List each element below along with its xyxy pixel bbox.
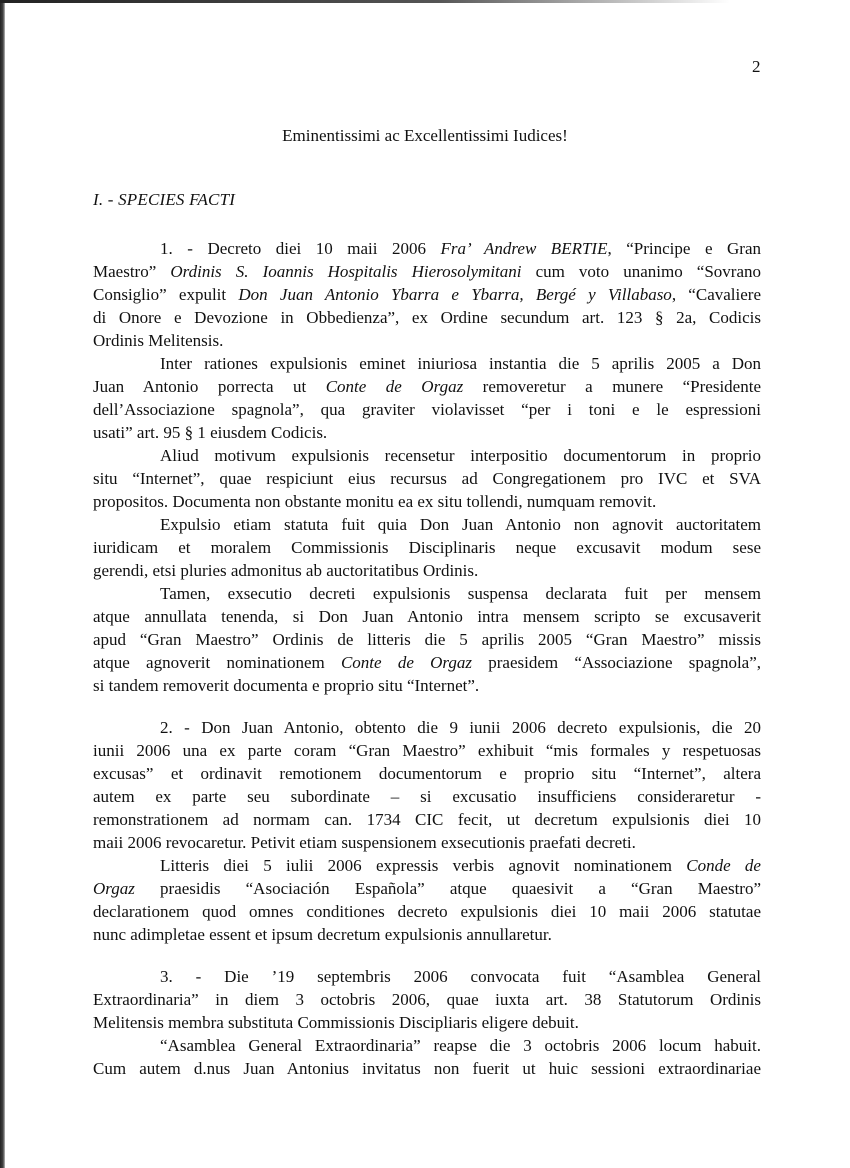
paragraph-9-line-1: “Asamblea General Extraordinaria” reapse… [160,1035,761,1057]
italic-phrase: Don Juan Antonio Ybarra e Ybarra, Bergé … [238,285,671,304]
salutation: Eminentissimi ac Excellentissimi Iudices… [0,126,850,146]
paragraph-1-line-4: di Onore e Devozione in Obbedienza”, ex … [93,307,761,329]
paragraph-6-line-6: maii 2006 revocaretur. Petivit etiam sus… [93,832,761,854]
paragraph-2-line-3: dell’Associazione spagnola”, qua gravite… [93,399,761,421]
paragraph-3-line-2: situ “Internet”, quae respiciunt eius re… [93,468,761,490]
paragraph-5-line-4: atque agnoverit nominationem Conte de Or… [93,652,761,674]
paragraph-1-line-3: Consiglio” expulit Don Juan Antonio Ybar… [93,284,761,306]
paragraph-6-line-5: remonstrationem ad normam can. 1734 CIC … [93,809,761,831]
italic-phrase: Fra’ Andrew BERTIE [441,239,608,258]
paragraph-6-line-1: 2. - Don Juan Antonio, obtento die 9 iun… [160,717,761,739]
paragraph-3-line-1: Aliud motivum expulsionis recensetur int… [160,445,761,467]
paragraph-4-line-1: Expulsio etiam statuta fuit quia Don Jua… [160,514,761,536]
section-heading: I. - SPECIES FACTI [93,190,235,210]
paragraph-7-line-1: Litteris diei 5 iulii 2006 expressis ver… [160,855,761,877]
italic-phrase: Ordinis S. Ioannis Hospitalis Hierosolym… [170,262,521,281]
paragraph-5-line-1: Tamen, exsecutio decreti expulsionis sus… [160,583,761,605]
paragraph-8-line-2: Extraordinaria” in diem 3 octobris 2006,… [93,989,761,1011]
paragraph-4-line-3: gerendi, etsi pluries admonitus ab aucto… [93,560,761,582]
paragraph-5-line-5: si tandem removerit documenta e proprio … [93,675,761,697]
paragraph-4-line-2: iuridicam et moralem Commissionis Discip… [93,537,761,559]
paragraph-3-line-3: propositos. Documenta non obstante monit… [93,491,761,513]
paragraph-5-line-2: atque annullata tenenda, si Don Juan Ant… [93,606,761,628]
paragraph-7-line-2: Orgaz praesidis “Asociación Española” at… [93,878,761,900]
italic-phrase: Conde de [686,856,761,875]
paragraph-2-line-4: usati” art. 95 § 1 eiusdem Codicis. [93,422,761,444]
paragraph-2-line-1: Inter rationes expulsionis eminet iniuri… [160,353,761,375]
page-number: 2 [752,57,761,77]
paragraph-8-line-1: 3. - Die ’19 septembris 2006 convocata f… [160,966,761,988]
paragraph-9-line-2: Cum autem d.nus Juan Antonius invitatus … [93,1058,761,1080]
italic-phrase: Conte de Orgaz [326,377,463,396]
paragraph-5-line-3: apud “Gran Maestro” Ordinis de litteris … [93,629,761,651]
italic-phrase: Orgaz [93,879,135,898]
paragraph-2-line-2: Juan Antonio porrecta ut Conte de Orgaz … [93,376,761,398]
paragraph-1-line-2: Maestro” Ordinis S. Ioannis Hospitalis H… [93,261,761,283]
italic-phrase: Conte de Orgaz [341,653,472,672]
paragraph-1-line-5: Ordinis Melitensis. [93,330,761,352]
scan-left-edge [0,0,5,1168]
paragraph-6-line-3: excusas” et ordinavit remotionem documen… [93,763,761,785]
paragraph-8-line-3: Melitensis membra substituta Commissioni… [93,1012,761,1034]
scan-top-edge [0,0,730,3]
paragraph-1-line-1: 1. - Decreto diei 10 maii 2006 Fra’ Andr… [160,238,761,260]
paragraph-6-line-2: iunii 2006 una ex parte coram “Gran Maes… [93,740,761,762]
paragraph-6-line-4: autem ex parte seu subordinate – si excu… [93,786,761,808]
paragraph-7-line-3: declarationem quod omnes conditiones dec… [93,901,761,923]
paragraph-7-line-4: nunc adimpletae essent et ipsum decretum… [93,924,761,946]
